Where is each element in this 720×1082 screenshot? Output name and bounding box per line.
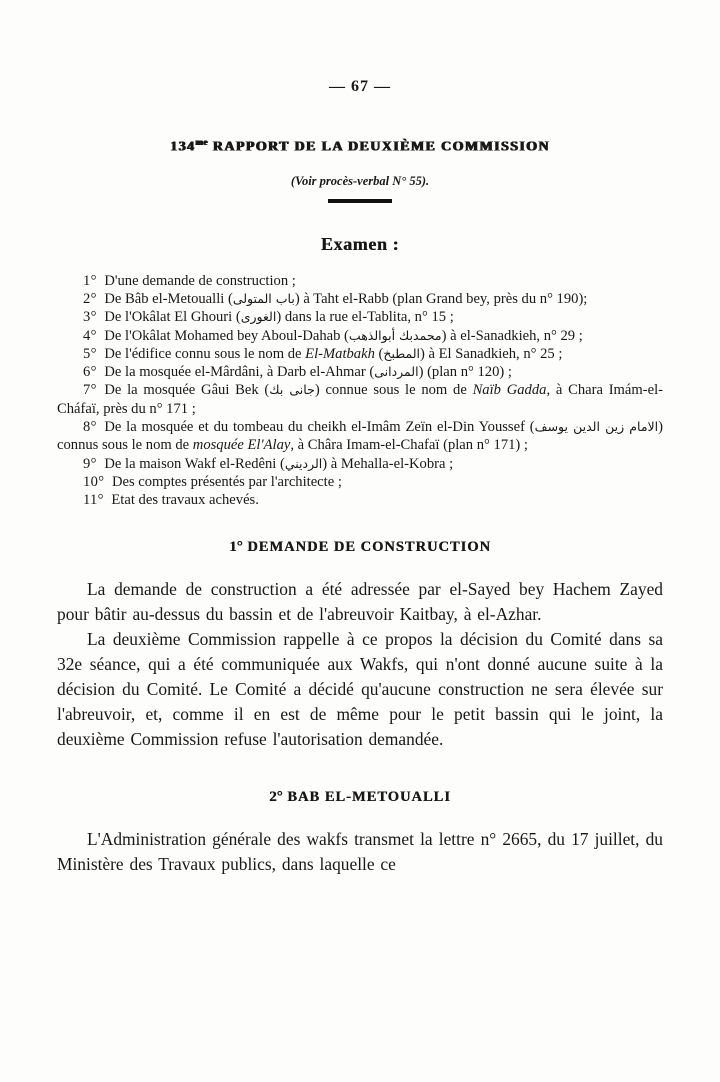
section-2-heading-number: 2° xyxy=(269,789,283,805)
section-1-paragraph-1: La demande de construction a été adressé… xyxy=(57,577,663,627)
examen-list: 1° D'une demande de construction ;2° De … xyxy=(57,272,663,510)
examen-item: 8° De la mosquée et du tombeau du cheikh… xyxy=(57,418,663,455)
examen-item-number: 3° xyxy=(83,309,104,325)
examen-item-number: 2° xyxy=(83,291,104,307)
examen-item-number: 1° xyxy=(83,273,104,289)
report-title-ordinal: me xyxy=(195,137,208,147)
section-2-paragraph-1: L'Administration générale des wakfs tran… xyxy=(57,827,663,877)
section-1-paragraph-2: La deuxième Commission rappelle à ce pro… xyxy=(57,627,663,752)
arabic-text: الغورى xyxy=(241,309,277,324)
examen-heading: Examen : xyxy=(57,234,663,255)
examen-item: 3° De l'Okâlat El Ghouri (الغورى) dans l… xyxy=(57,308,663,326)
examen-item-number: 9° xyxy=(83,456,104,472)
examen-item-number: 8° xyxy=(83,419,104,435)
examen-item: 10° Des comptes présentés par l'architec… xyxy=(57,473,663,491)
examen-item-number: 7° xyxy=(83,382,104,398)
report-title-number: 134 xyxy=(170,140,195,155)
arabic-text: محمدبك أبوالذهب xyxy=(349,328,442,343)
page-number: — 67 — xyxy=(57,78,663,96)
report-subtitle: (Voir procès-verbal N° 55). xyxy=(57,174,663,189)
section-1-heading: 1° DEMANDE DE CONSTRUCTION xyxy=(57,539,663,556)
examen-item: 7° De la mosquée Gâui Bek (جانى بك) conn… xyxy=(57,381,663,418)
examen-item: 2° De Bâb el-Metoualli (باب المتولى) à T… xyxy=(57,290,663,308)
examen-item: 4° De l'Okâlat Mohamed bey Aboul-Dahab (… xyxy=(57,327,663,345)
section-2-heading: 2° BAB EL-METOUALLI xyxy=(57,789,663,806)
examen-item: 6° De la mosquée el-Mârdâni, à Darb el-A… xyxy=(57,363,663,381)
examen-item: 11° Etat des travaux achevés. xyxy=(57,491,663,509)
section-1-heading-number: 1° xyxy=(229,539,243,555)
arabic-text: باب المتولى xyxy=(233,291,295,306)
divider-rule xyxy=(328,199,392,203)
examen-item-number: 6° xyxy=(83,364,104,380)
arabic-text: الرديني xyxy=(285,456,322,471)
report-title-text: RAPPORT DE LA DEUXIÈME COMMISSION xyxy=(208,140,550,155)
examen-item-number: 11° xyxy=(83,492,111,508)
document-page: — 67 — 134me RAPPORT DE LA DEUXIÈME COMM… xyxy=(0,0,720,1082)
examen-item-number: 10° xyxy=(83,474,112,490)
examen-item-number: 5° xyxy=(83,346,104,362)
examen-item-number: 4° xyxy=(83,328,104,344)
arabic-text: المطبخ xyxy=(383,346,420,361)
arabic-text: الامام زين الدين يوسف xyxy=(535,419,659,434)
report-title: 134me RAPPORT DE LA DEUXIÈME COMMISSION xyxy=(57,137,663,156)
section-2-heading-text: BAB EL-METOUALLI xyxy=(287,789,451,805)
examen-item: 5° De l'édifice connu sous le nom de El-… xyxy=(57,345,663,363)
arabic-text: جانى بك xyxy=(269,382,315,397)
section-1-heading-text: DEMANDE DE CONSTRUCTION xyxy=(247,539,491,555)
examen-item: 1° D'une demande de construction ; xyxy=(57,272,663,290)
arabic-text: المردانى xyxy=(374,364,418,379)
examen-item: 9° De la maison Wakf el-Redêni (الرديني)… xyxy=(57,455,663,473)
